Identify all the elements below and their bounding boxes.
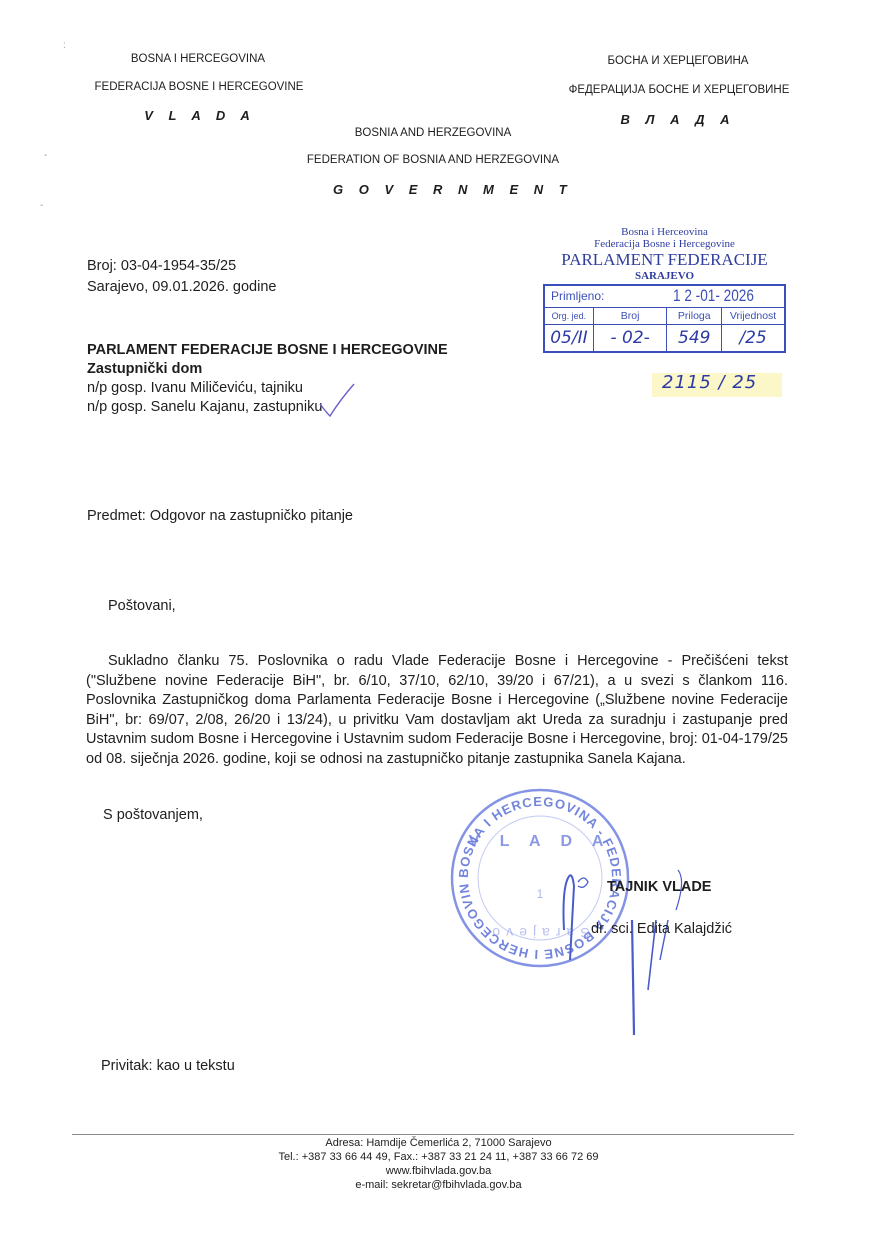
attachment-note: Privitak: kao u tekstu [101, 1058, 235, 1074]
receipt-table: Primljeno: 1 2 -01- 2026 Org. jed. Broj … [543, 284, 786, 353]
signatory-title: TAJNIK VLADE [607, 879, 711, 895]
val-value: /25 [722, 324, 785, 352]
col-number: Broj [593, 307, 667, 324]
letterhead-left-federation: FEDERACIJA BOSNE I HERCEGOVINE [68, 81, 330, 93]
letterhead-center-government: G O V E R N M E N T [333, 182, 533, 197]
subject-line: Predmet: Odgovor na zastupničko pitanje [87, 508, 353, 524]
scan-mark: : [63, 40, 66, 51]
col-value: Vrijednost [722, 307, 785, 324]
svg-text:1: 1 [537, 887, 544, 901]
letterhead-left-country: BOSNA I HERCEGOVINA [98, 53, 298, 65]
received-label: Primljeno: [551, 289, 604, 303]
letterhead-center-federation: FEDERATION OF BOSNIA AND HERZEGOVINA [290, 154, 576, 166]
salutation: Poštovani, [108, 598, 176, 614]
val-attachments: 549 [667, 324, 722, 352]
footer-website: www.fbihvlada.gov.ba [0, 1165, 877, 1179]
signatory-name: dr. sci. Edita Kalajdžić [591, 921, 732, 937]
svg-text:V L A D A: V L A D A [469, 833, 612, 850]
val-org-unit: 05/II [544, 324, 593, 352]
body-paragraph: Sukladno članku 75. Poslovnika o radu Vl… [86, 652, 788, 770]
letterhead-left-government: V L A D A [100, 108, 300, 123]
stamp-country: Bosna i Herceovina [543, 226, 786, 238]
scan-mark: - [40, 200, 43, 211]
scan-mark: - [44, 150, 47, 161]
closing: S poštovanjem, [103, 807, 203, 823]
footer-phones: Tel.: +387 33 66 44 49, Fax.: +387 33 21… [0, 1151, 877, 1165]
stamp-federation: Federacija Bosne i Hercegovine [543, 238, 786, 250]
stamp-parliament: PARLAMENT FEDERACIJE [543, 250, 786, 270]
col-attachments: Priloga [667, 307, 722, 324]
recipient-attention-1: n/p gosp. Ivanu Miličeviću, tajniku [87, 380, 303, 396]
letterhead-right-federation: ФЕДЕРАЦИЈА БОСНЕ И ХЕРЦЕГОВИНЕ [548, 84, 810, 96]
handwritten-registry-number: 2115 / 25 [662, 372, 757, 393]
footer-email: e-mail: sekretar@fbihvlada.gov.ba [0, 1179, 877, 1193]
letterhead-right-country: БОСНА И ХЕРЦЕГОВИНА [578, 55, 778, 67]
reference-number: Broj: 03-04-1954-35/25 [87, 258, 236, 274]
val-number: - 02- [593, 324, 667, 352]
stamp-city: SARAJEVO [543, 270, 786, 282]
checkmark-icon [318, 382, 358, 420]
reference-place-date: Sarajevo, 09.01.2026. godine [87, 279, 276, 295]
recipient-department: Zastupnički dom [87, 361, 202, 377]
footer-divider [72, 1134, 794, 1135]
letterhead-right-government: В Л А Д А [578, 112, 778, 127]
letterhead-center-country: BOSNIA AND HERZEGOVINA [333, 127, 533, 139]
receipt-stamp: Bosna i Herceovina Federacija Bosne i He… [543, 226, 786, 353]
recipient-attention-2: n/p gosp. Sanelu Kajanu, zastupniku [87, 399, 322, 415]
col-org-unit: Org. jed. [544, 307, 593, 324]
received-date: 1 2 -01- 2026 [673, 286, 754, 306]
footer-address: Adresa: Hamdije Čemerlića 2, 71000 Saraj… [0, 1137, 877, 1151]
recipient-organization: PARLAMENT FEDERACIJE BOSNE I HERCEGOVINE [87, 342, 448, 358]
